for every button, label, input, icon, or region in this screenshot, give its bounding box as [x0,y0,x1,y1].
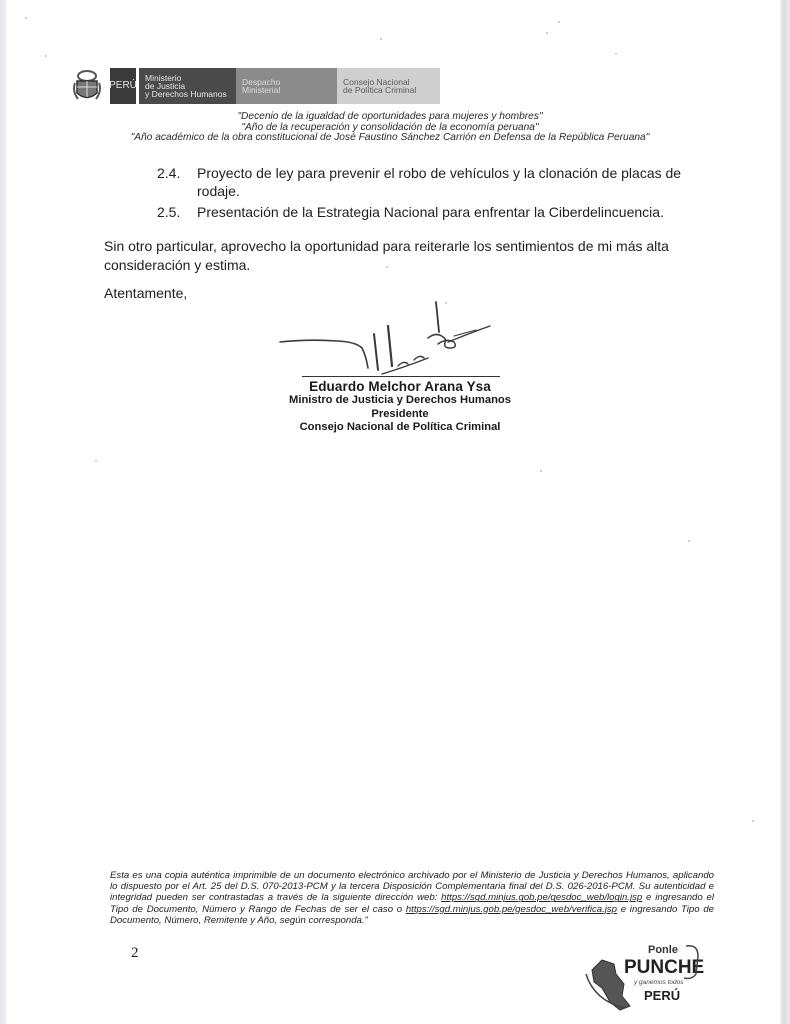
scan-speck [25,17,27,19]
scan-speck [615,53,617,55]
scan-speck [540,470,542,472]
slogan: "Decenio de la igualdad de oportunidades… [100,112,680,123]
signer-role: Presidente [270,408,530,422]
closing-paragraph: Sin otro particular, aprovecho la oportu… [104,237,704,274]
scan-speck [445,302,447,304]
scan-speck [752,820,754,822]
signer-organization: Consejo Nacional de Política Criminal [270,421,530,435]
ministry-label: Ministerio de Justicia y Derechos Humano… [139,68,236,104]
item-text: Proyecto de ley para prevenir el robo de… [197,164,697,200]
item-text: Presentación de la Estrategia Nacional p… [197,203,697,221]
office-label: Despacho Ministerial [236,68,337,104]
svg-text:PERÚ: PERÚ [644,988,680,1003]
header-logo-band: PERÚ Ministerio de Justicia y Derechos H… [70,68,440,104]
scan-speck [688,540,690,542]
scan-speck [558,21,560,23]
page-edge-left [0,0,7,1024]
signer-title: Ministro de Justicia y Derechos Humanos [270,394,530,408]
ponle-punche-peru-logo: Ponle PUNCHE y ganemos todos PERÚ [580,940,710,1016]
scan-speck [546,32,548,34]
login-link[interactable]: https://sgd.minjus.gob.pe/gesdoc_web/log… [441,892,642,903]
ministry-line: y Derechos Humanos [145,90,227,98]
list-item: 2.4. Proyecto de ley para prevenir el ro… [157,164,697,200]
office-line: Ministerial [242,86,280,94]
slogan: "Año académico de la obra constitucional… [100,133,680,144]
signer-name: Eduardo Melchor Arana Ysa [270,379,530,394]
page-edge-right [780,0,790,1024]
scan-speck [386,266,388,268]
page-number: 2 [131,945,139,962]
agenda-items: 2.4. Proyecto de ley para prevenir el ro… [157,164,697,224]
verify-link[interactable]: https://sgd.minjus.gob.pe/gesdoc_web/ver… [406,904,617,915]
svg-text:y ganemos todos: y ganemos todos [633,979,684,986]
regards-text: Atentamente, [104,285,187,301]
svg-text:PUNCHE: PUNCHE [624,957,704,978]
signer-block: Eduardo Melchor Arana Ysa Ministro de Ju… [270,379,530,435]
scan-speck [95,460,97,462]
svg-text:Ponle: Ponle [648,944,678,956]
scan-speck [380,38,382,40]
handwritten-signature [278,296,508,378]
list-item: 2.5. Presentación de la Estrategia Nacio… [157,203,697,221]
council-label: Consejo Nacional de Política Criminal [337,68,440,104]
coat-of-arms-icon [70,68,104,104]
council-line: de Política Criminal [343,86,416,94]
official-slogans: "Decenio de la igualdad de oportunidades… [100,112,680,144]
signature-line [302,376,500,377]
item-number: 2.4. [157,164,197,200]
authenticity-note: Esta es una copia auténtica imprimible d… [110,870,714,926]
peru-label: PERÚ [110,68,136,104]
item-number: 2.5. [157,203,197,221]
scan-speck [45,55,47,57]
